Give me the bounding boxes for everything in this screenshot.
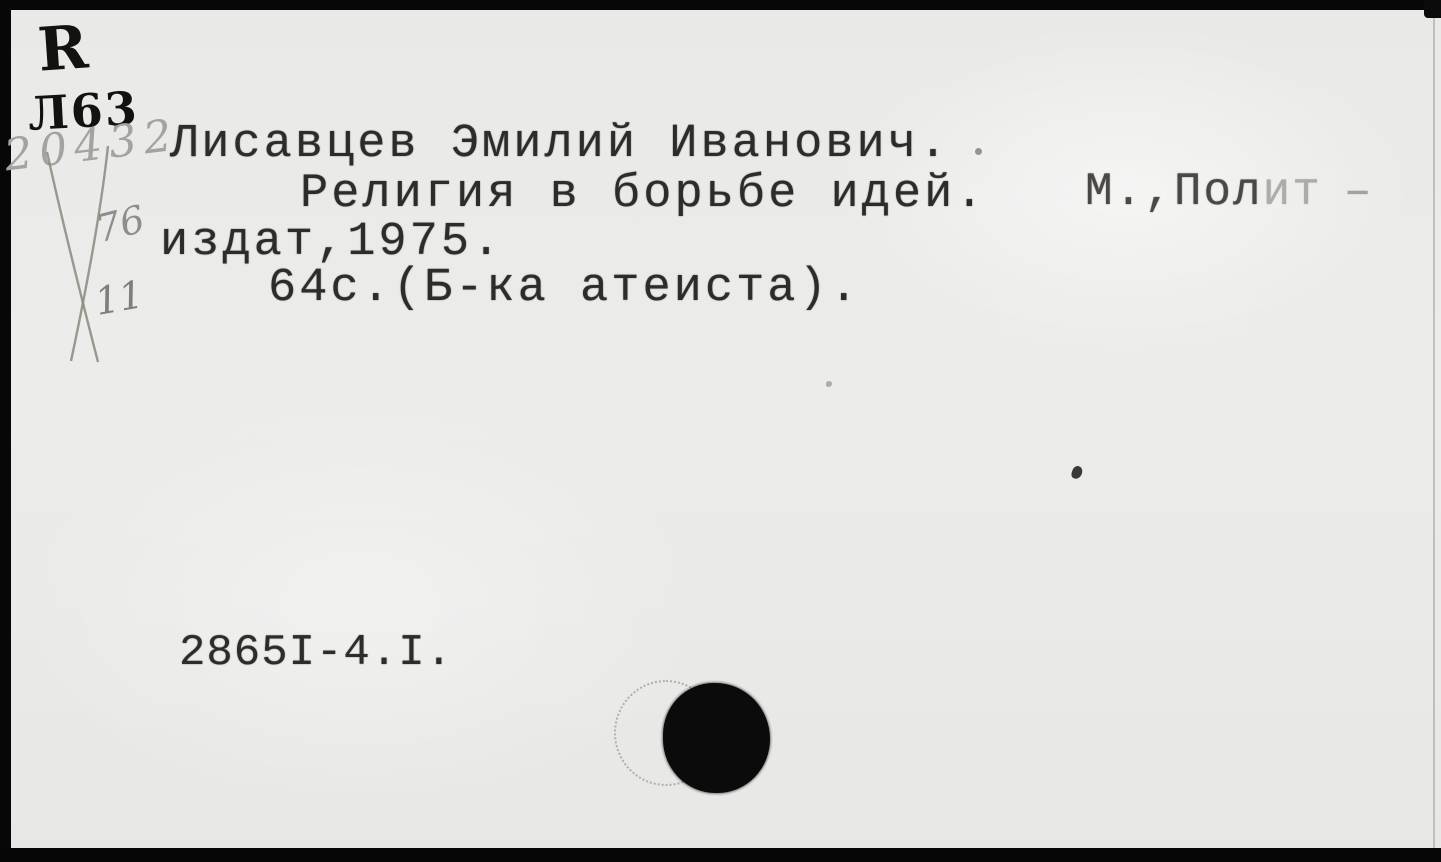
ink-speck <box>826 381 832 387</box>
publisher-hyphen-dash: – <box>1344 166 1374 218</box>
author-line: Лисавцев Эмилий Иванович. <box>170 118 950 171</box>
catalog-card-scan: R Л63 20432 76 11 Лисавцев Эмилий Иванов… <box>0 0 1441 862</box>
card-right-edge-line <box>1433 8 1435 848</box>
scan-edge-top <box>0 0 1441 10</box>
ink-speck <box>975 148 982 155</box>
publisher-visible-part: М.,Пол <box>1085 166 1263 218</box>
pencil-copy-mark: 11 <box>92 272 147 324</box>
pencil-crossout-strokes <box>0 0 200 400</box>
call-number-letter: R <box>36 12 91 85</box>
hole-punch-mark <box>663 683 770 793</box>
title-line: Религия в борьбе идей. <box>300 168 987 221</box>
index-line: 2865I-4.I. <box>179 628 453 678</box>
collation-line: 64с.(Б-ка атеиста). <box>268 262 861 315</box>
ink-speck <box>1070 465 1084 480</box>
publisher-faded-part: ит <box>1263 166 1322 218</box>
publisher-fragment: М.,Полит– <box>1085 166 1373 218</box>
scan-edge-bottom <box>0 848 1441 862</box>
pencil-year-mark: 76 <box>91 197 149 251</box>
scan-corner-mark <box>1424 0 1441 18</box>
